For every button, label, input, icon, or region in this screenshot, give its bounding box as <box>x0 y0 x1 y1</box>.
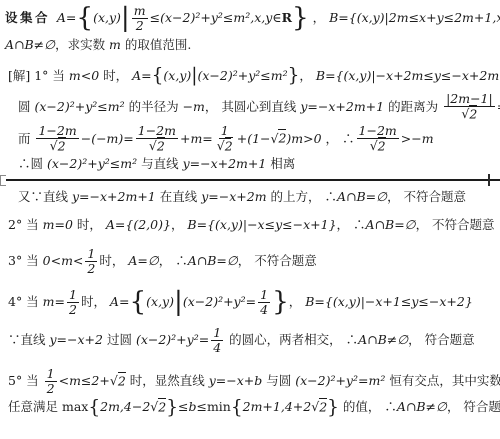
text-run: 与圆 <box>262 373 295 389</box>
fraction: |2m−1|√2 <box>444 92 495 121</box>
delimiter: { <box>76 6 93 30</box>
math-run: 2m+1,4+2√2 <box>243 399 328 415</box>
denominator: √2 <box>147 139 167 153</box>
text-run: ， ∴ <box>322 131 355 147</box>
math-run: m <box>109 37 121 53</box>
text-run: 恒有交点，其中实数 <box>385 373 500 389</box>
math-run: (x−2)²+y²=m² <box>295 373 385 389</box>
radicand: 2 <box>278 129 286 146</box>
solution-case5-line1: 5° 当 12<m≤2+√2 时，显然直线 y=−x+b 与圆 (x−2)²+y… <box>8 367 495 396</box>
text-run: ∵直线 <box>8 332 49 348</box>
math-run: (x,y) <box>146 294 174 310</box>
text-run: ∴圆 <box>18 156 47 172</box>
text-run: ， ∴ <box>337 217 366 233</box>
fraction: 1√2 <box>215 124 235 153</box>
fraction: 12 <box>45 367 57 396</box>
numerator: m <box>132 4 148 19</box>
math-run: A= <box>132 68 152 84</box>
denominator: √2 <box>459 107 479 121</box>
text-run: ， <box>309 10 329 26</box>
delimiter: | <box>121 6 130 30</box>
radicand: 2 <box>118 372 126 389</box>
radicand: 2 <box>58 137 66 154</box>
document-body: 设集合 A={(x,y)|m2≤(x−2)²+y²≤m²,x,y∈R} ， B=… <box>5 4 495 416</box>
denominator: 2 <box>134 19 146 33</box>
text-run: R <box>282 10 292 26</box>
text-run: min <box>207 399 231 415</box>
text-run: 时， <box>81 294 110 310</box>
fraction: 1−2m√2 <box>36 124 78 153</box>
delimiter: | <box>174 290 183 314</box>
math-run: A=∅ <box>128 253 158 269</box>
denominator: 4 <box>258 303 270 317</box>
text-run: 而 <box>18 131 34 147</box>
text-run: 的上方， ∴ <box>267 189 337 205</box>
math-run: ≤b≤ <box>178 399 207 415</box>
text-run: 5° 当 <box>8 373 43 389</box>
text-run: ， <box>299 68 315 84</box>
math-run: m= <box>43 294 65 310</box>
denominator: 2 <box>85 262 97 276</box>
math-run: +(1−√2)m>0 <box>237 131 322 147</box>
numerator: 1 <box>211 326 223 341</box>
text-run: 又∵直线 <box>18 189 72 205</box>
text-run: 的半径为 <box>125 99 183 115</box>
delimiter: } <box>166 399 178 416</box>
math-run: A∩B=∅ <box>366 217 416 233</box>
radicand: 2 <box>469 105 477 122</box>
math-run: ≤(x−2)²+y²≤m²,x,y∈ <box>150 10 282 26</box>
solution-case1-line1: [解] 1° 当 m<0 时， A={(x,y)|(x−2)²+y²≤m²}， … <box>8 67 495 84</box>
fraction: 14 <box>211 326 223 355</box>
math-run: y=−x+2m <box>201 189 266 205</box>
math-run: (x−2)²+y²= <box>136 332 209 348</box>
text-run: ， 不符合题意 <box>387 189 466 205</box>
text-run: ， <box>171 217 187 233</box>
text-run: ， 不符合题意 <box>238 253 317 269</box>
fraction: 1−2m√2 <box>357 124 399 153</box>
fraction: m2 <box>132 4 148 33</box>
delimiter: } <box>292 6 309 30</box>
numerator: 1 <box>45 367 57 382</box>
solution-case5-line2: 任意满足 max{2m,4−2√2}≤b≤min{2m+1,4+2√2} 的值，… <box>8 399 495 416</box>
delimiter: { <box>152 67 164 84</box>
math-run: A∩B=∅ <box>337 189 387 205</box>
math-run: 2m,4−2√2 <box>100 399 166 415</box>
text-run: 时， <box>99 253 128 269</box>
text-run: 4° 当 <box>8 294 43 310</box>
radicand: 2 <box>319 398 327 415</box>
math-run: 0<m< <box>43 253 84 269</box>
math-run: m=0 <box>43 217 73 233</box>
text-run: 的距离为 <box>384 99 442 115</box>
math-run: A∩B=∅ <box>188 253 238 269</box>
solution-case1-line5: 又∵直线 y=−x+2m+1 在直线 y=−x+2m 的上方， ∴A∩B=∅， … <box>18 189 495 205</box>
radicand: 2 <box>225 137 233 154</box>
text-run: ，求实数 <box>55 37 109 53</box>
numerator: 1 <box>85 247 97 262</box>
denominator: √2 <box>368 139 388 153</box>
math-run: B={(x,y)|−x≤y≤−x+1} <box>187 217 336 233</box>
math-run: y=−x+2m+1 <box>183 156 267 172</box>
text-run: 3° 当 <box>8 253 43 269</box>
solution-case1-line4: ∴圆 (x−2)²+y²≤m² 与直线 y=−x+2m+1 相离 <box>18 156 495 172</box>
text-run: 与直线 <box>137 156 182 172</box>
delimiter: { <box>129 290 146 314</box>
numerator: 1 <box>67 288 79 303</box>
delimiter: } <box>288 67 300 84</box>
text-run: 时， <box>99 68 132 84</box>
text-run: ， <box>289 294 305 310</box>
text-run: 圆 <box>18 99 34 115</box>
math-run: A∩B≠∅ <box>5 37 55 53</box>
text-run: 时，显然直线 <box>126 373 209 389</box>
text-run: 过圆 <box>103 332 136 348</box>
math-run: A∩B≠∅ <box>397 399 447 415</box>
delimiter: { <box>88 399 100 416</box>
text-run: 相离 <box>266 156 295 172</box>
math-run: B={(x,y)|−x+2m≤y≤−x+2m+1} <box>316 68 500 84</box>
solution-case1-line2: 圆 (x−2)²+y²≤m² 的半径为 −m， 其圆心到直线 y=−x+2m+1… <box>18 92 495 121</box>
solution-case4-line2: ∵直线 y=−x+2 过圆 (x−2)²+y²=14 的圆心，两者相交， ∴A∩… <box>8 326 495 355</box>
text-run: [解] 1° 当 <box>8 68 69 84</box>
math-run: B={(x,y)|2m≤x+y≤2m+1,x,y∈ <box>329 10 500 26</box>
math-run: B={(x,y)|−x+1≤y≤−x+2} <box>305 294 473 310</box>
math-run: (x−2)²+y²≤m² <box>198 68 288 84</box>
math-run: A={(2,0)} <box>106 217 171 233</box>
math-run: A= <box>110 294 130 310</box>
math-run: (x−2)²+y²≤m² <box>47 156 137 172</box>
math-run: >−m <box>401 131 434 147</box>
math-run: A= <box>57 10 77 26</box>
fraction: 12 <box>67 288 79 317</box>
math-run: −(−m)= <box>81 131 134 147</box>
text-run: 任意满足 max <box>8 399 88 415</box>
radicand: 2 <box>158 398 166 415</box>
denominator: 2 <box>67 303 79 317</box>
math-run: (x,y) <box>163 68 191 84</box>
math-run: +m= <box>180 131 213 147</box>
fraction: 1−2m√2 <box>136 124 178 153</box>
text-run: ， 符合题意 <box>447 399 500 415</box>
problem-line-2: A∩B≠∅，求实数 m 的取值范围. <box>5 37 495 53</box>
denominator: 4 <box>211 341 223 355</box>
math-run: m<0 <box>69 68 99 84</box>
text-run: 时， <box>73 217 106 233</box>
denominator: 2 <box>45 382 57 396</box>
denominator: √2 <box>215 139 235 153</box>
delimiter: } <box>272 290 289 314</box>
solution-case4-line1: 4° 当 m=12时， A={(x,y)|(x−2)²+y²=14}， B={(… <box>8 288 495 317</box>
math-run: (x−2)²+y²= <box>183 294 256 310</box>
delimiter: { <box>231 399 243 416</box>
denominator: √2 <box>48 139 68 153</box>
text-run: 在直线 <box>156 189 201 205</box>
text-run: 的取值范围. <box>121 37 191 53</box>
page-divider <box>0 179 500 181</box>
text-run: 2° 当 <box>8 217 43 233</box>
solution-case3: 3° 当 0<m<12时， A=∅， ∴A∩B=∅， 不符合题意 <box>8 247 495 276</box>
text-run: 的值， ∴ <box>339 399 397 415</box>
math-run: y=−x+b <box>209 373 263 389</box>
radicand: 2 <box>157 137 165 154</box>
solution-case1-line3: 而 1−2m√2−(−m)=1−2m√2+m=1√2+(1−√2)m>0 ， ∴… <box>18 124 495 153</box>
text-run: ， 符合题意 <box>408 332 474 348</box>
math-run: (x−2)²+y²≤m² <box>34 99 124 115</box>
math-run: A∩B≠∅ <box>358 332 408 348</box>
solution-case2: 2° 当 m=0 时， A={(2,0)}， B={(x,y)|−x≤y≤−x+… <box>8 217 495 233</box>
radicand: 2 <box>378 137 386 154</box>
math-run: y=−x+2m+1 <box>300 99 384 115</box>
math-run: y=−x+2 <box>49 332 103 348</box>
text-run: ， ∴ <box>159 253 188 269</box>
math-run: <m≤2+√2 <box>59 373 126 389</box>
problem-line-1: 设集合 A={(x,y)|m2≤(x−2)²+y²≤m²,x,y∈R} ， B=… <box>5 4 495 33</box>
text-run: 设集合 <box>5 10 57 26</box>
numerator: 1 <box>258 288 270 303</box>
math-run: (x,y) <box>93 10 121 26</box>
text-run: ， 不符合题意 <box>416 217 495 233</box>
fraction: 14 <box>258 288 270 317</box>
text-run: 的圆心，两者相交， ∴ <box>225 332 358 348</box>
math-run: y=−x+2m+1 <box>72 189 156 205</box>
fraction: 12 <box>85 247 97 276</box>
text-run: ， 其圆心到直线 <box>205 99 300 115</box>
delimiter: } <box>327 399 339 416</box>
math-run: −m <box>183 99 205 115</box>
